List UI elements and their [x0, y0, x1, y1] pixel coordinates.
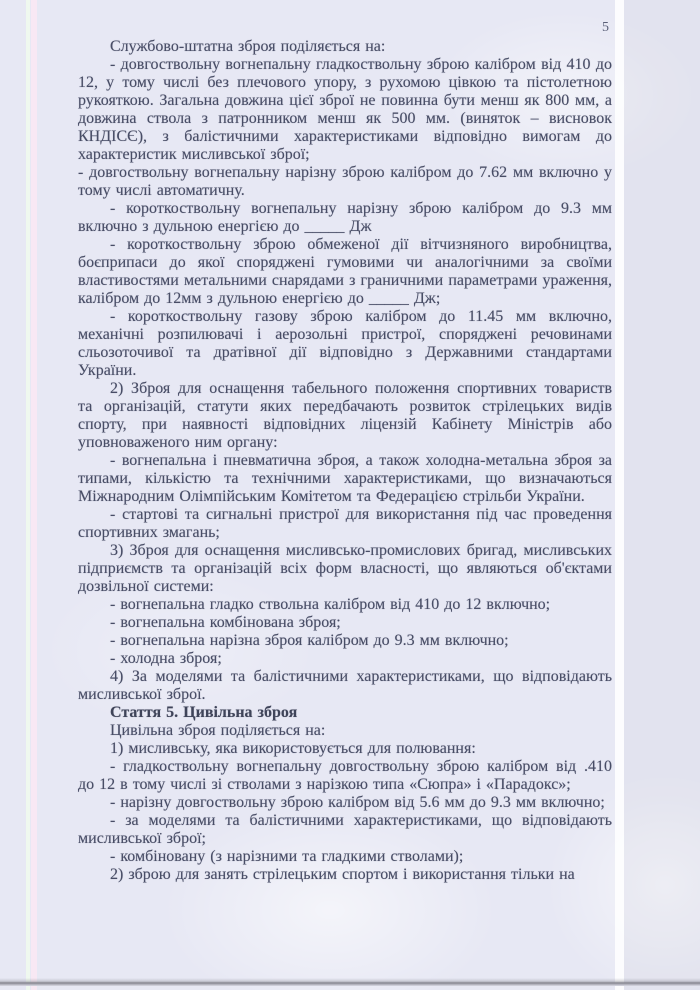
document-text: Службово-штатна зброя поділяється на: - … [78, 38, 612, 884]
scan-artifact-left-green-stripe [26, 0, 30, 990]
paragraph: 2) Зброя для оснащення табельного положе… [78, 380, 612, 452]
paragraph: - довгоствольну вогнепальну гладкостволь… [78, 56, 612, 164]
scan-artifact-page-bottom-edge [0, 978, 700, 986]
paragraph: - короткоствольну зброю обмеженої дії ві… [78, 236, 612, 308]
paragraph: - довгоствольну вогнепальну нарізну збро… [78, 164, 612, 200]
paragraph: - вогнепальна гладко ствольна калібром в… [78, 596, 612, 614]
paragraph: - вогнепальна і пневматична зброя, а так… [78, 452, 612, 506]
paragraph: - вогнепальна комбінована зброя; [78, 614, 612, 632]
paragraph: - вогнепальна нарізна зброя калібром до … [78, 632, 612, 650]
paragraph: Службово-штатна зброя поділяється на: [78, 38, 612, 56]
paragraph: - комбіновану (з нарізними та гладкими с… [78, 848, 612, 866]
paragraph: - гладкоствольну вогнепальну довгостволь… [78, 758, 612, 794]
paragraph: 2) зброю для занять стрілецьким спортом … [78, 866, 612, 884]
paragraph: - короткоствольну вогнепальну нарізну зб… [78, 200, 612, 236]
paragraph: 3) Зброя для оснащення мисливсько-промис… [78, 542, 612, 596]
scan-artifact-right-margin-shade [624, 0, 700, 990]
paragraph: - холодна зброя; [78, 650, 612, 668]
paragraph: - стартові та сигнальні пристрої для вик… [78, 506, 612, 542]
paragraph: - нарізну довгоствольну зброю калібром в… [78, 794, 612, 812]
scan-artifact-left-pink-stripe [31, 0, 37, 990]
paragraph: - за моделями та балістичними характерис… [78, 812, 612, 848]
paragraph: 1) мисливську, яка використовується для … [78, 740, 612, 758]
scan-artifact-right-white-stripe [615, 0, 624, 990]
paragraph: 4) За моделями та балістичними характери… [78, 668, 612, 704]
page-number: 5 [602, 20, 609, 36]
scanned-page: 5 Службово-штатна зброя поділяється на: … [0, 0, 700, 990]
paragraph: Цивільна зброя поділяється на: [78, 722, 612, 740]
article-heading: Стаття 5. Цивільна зброя [78, 704, 612, 722]
paragraph: - короткоствольну газову зброю калібром … [78, 308, 612, 380]
